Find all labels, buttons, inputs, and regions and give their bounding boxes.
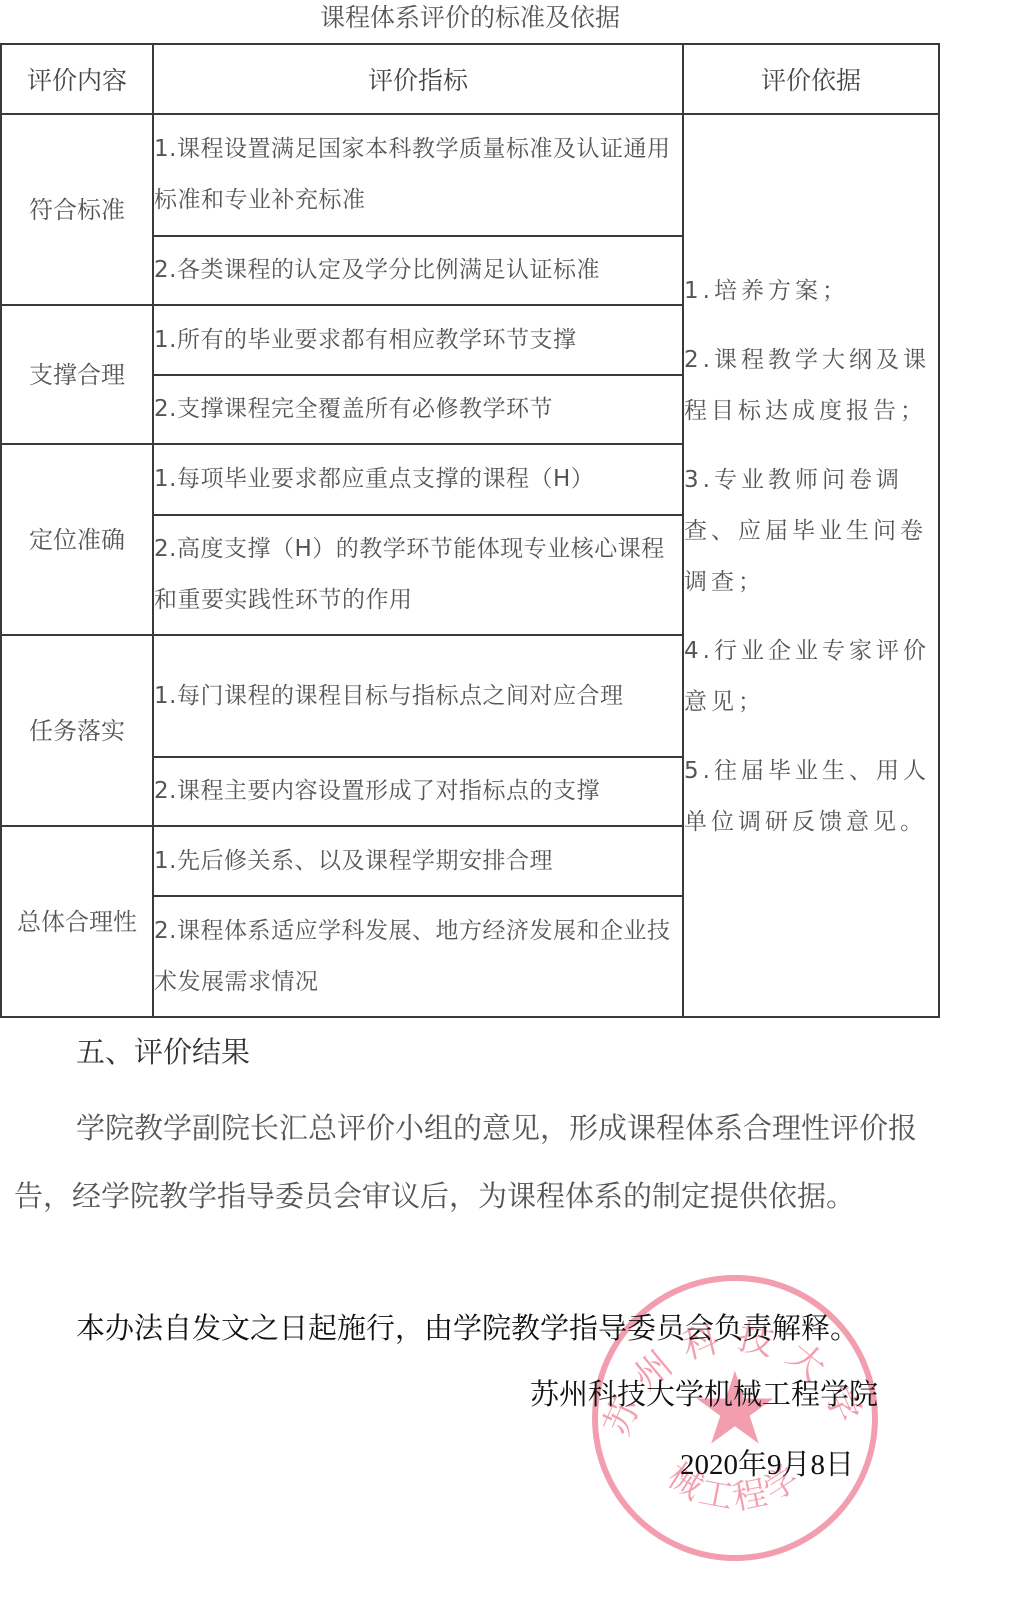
content-cell: 符合标准 bbox=[1, 114, 153, 305]
signature-organization: 苏州科技大学机械工程学院 bbox=[530, 1372, 878, 1413]
header-basis: 评价依据 bbox=[683, 44, 939, 114]
content-cell: 定位准确 bbox=[1, 444, 153, 635]
indicator-cell: 2.高度支撑（H）的教学环节能体现专业核心课程和重要实践性环节的作用 bbox=[153, 515, 683, 635]
indicator-cell: 1.每项毕业要求都应重点支撑的课程（H） bbox=[153, 444, 683, 515]
header-indicator: 评价指标 bbox=[153, 44, 683, 114]
indicator-cell: 2.课程主要内容设置形成了对指标点的支撑 bbox=[153, 757, 683, 826]
indicator-cell: 2.各类课程的认定及学分比例满足认证标准 bbox=[153, 236, 683, 305]
basis-item: 5.往届毕业生、用人单位调研反馈意见。 bbox=[684, 746, 938, 848]
signature-date: 2020年9月8日 bbox=[680, 1442, 854, 1483]
section-heading: 五、评价结果 bbox=[76, 1030, 250, 1071]
indicator-cell: 1.每门课程的课程目标与指标点之间对应合理 bbox=[153, 635, 683, 757]
content-cell: 支撑合理 bbox=[1, 305, 153, 444]
document-title: 课程体系评价的标准及依据 bbox=[0, 0, 940, 36]
indicator-cell: 2.课程体系适应学科发展、地方经济发展和企业技术发展需求情况 bbox=[153, 896, 683, 1017]
content-cell: 任务落实 bbox=[1, 635, 153, 826]
table-header-row: 评价内容 评价指标 评价依据 bbox=[1, 44, 939, 114]
basis-item: 3.专业教师问卷调查、应届毕业生问卷调查； bbox=[684, 455, 938, 608]
indicator-cell: 1.先后修关系、以及课程学期安排合理 bbox=[153, 826, 683, 896]
evaluation-standards-table: 评价内容 评价指标 评价依据 符合标准 1.课程设置满足国家本科教学质量标准及认… bbox=[0, 43, 940, 1018]
content-cell: 总体合理性 bbox=[1, 826, 153, 1017]
basis-item: 2.课程教学大纲及课程目标达成度报告； bbox=[684, 335, 938, 437]
basis-item: 1.培养方案； bbox=[684, 266, 938, 317]
notice-text: 本办法自发文之日起施行，由学院教学指导委员会负责解释。 bbox=[76, 1306, 859, 1347]
indicator-cell: 1.课程设置满足国家本科教学质量标准及认证通用标准和专业补充标准 bbox=[153, 114, 683, 236]
table-row: 符合标准 1.课程设置满足国家本科教学质量标准及认证通用标准和专业补充标准 1.… bbox=[1, 114, 939, 236]
basis-item: 4.行业企业专家评价意见； bbox=[684, 626, 938, 728]
basis-cell: 1.培养方案； 2.课程教学大纲及课程目标达成度报告； 3.专业教师问卷调查、应… bbox=[683, 114, 939, 1017]
indicator-cell: 2.支撑课程完全覆盖所有必修教学环节 bbox=[153, 375, 683, 444]
section-paragraph: 学院教学副院长汇总评价小组的意见，形成课程体系合理性评价报告，经学院教学指导委员… bbox=[14, 1094, 934, 1230]
header-content: 评价内容 bbox=[1, 44, 153, 114]
indicator-cell: 1.所有的毕业要求都有相应教学环节支撑 bbox=[153, 305, 683, 375]
